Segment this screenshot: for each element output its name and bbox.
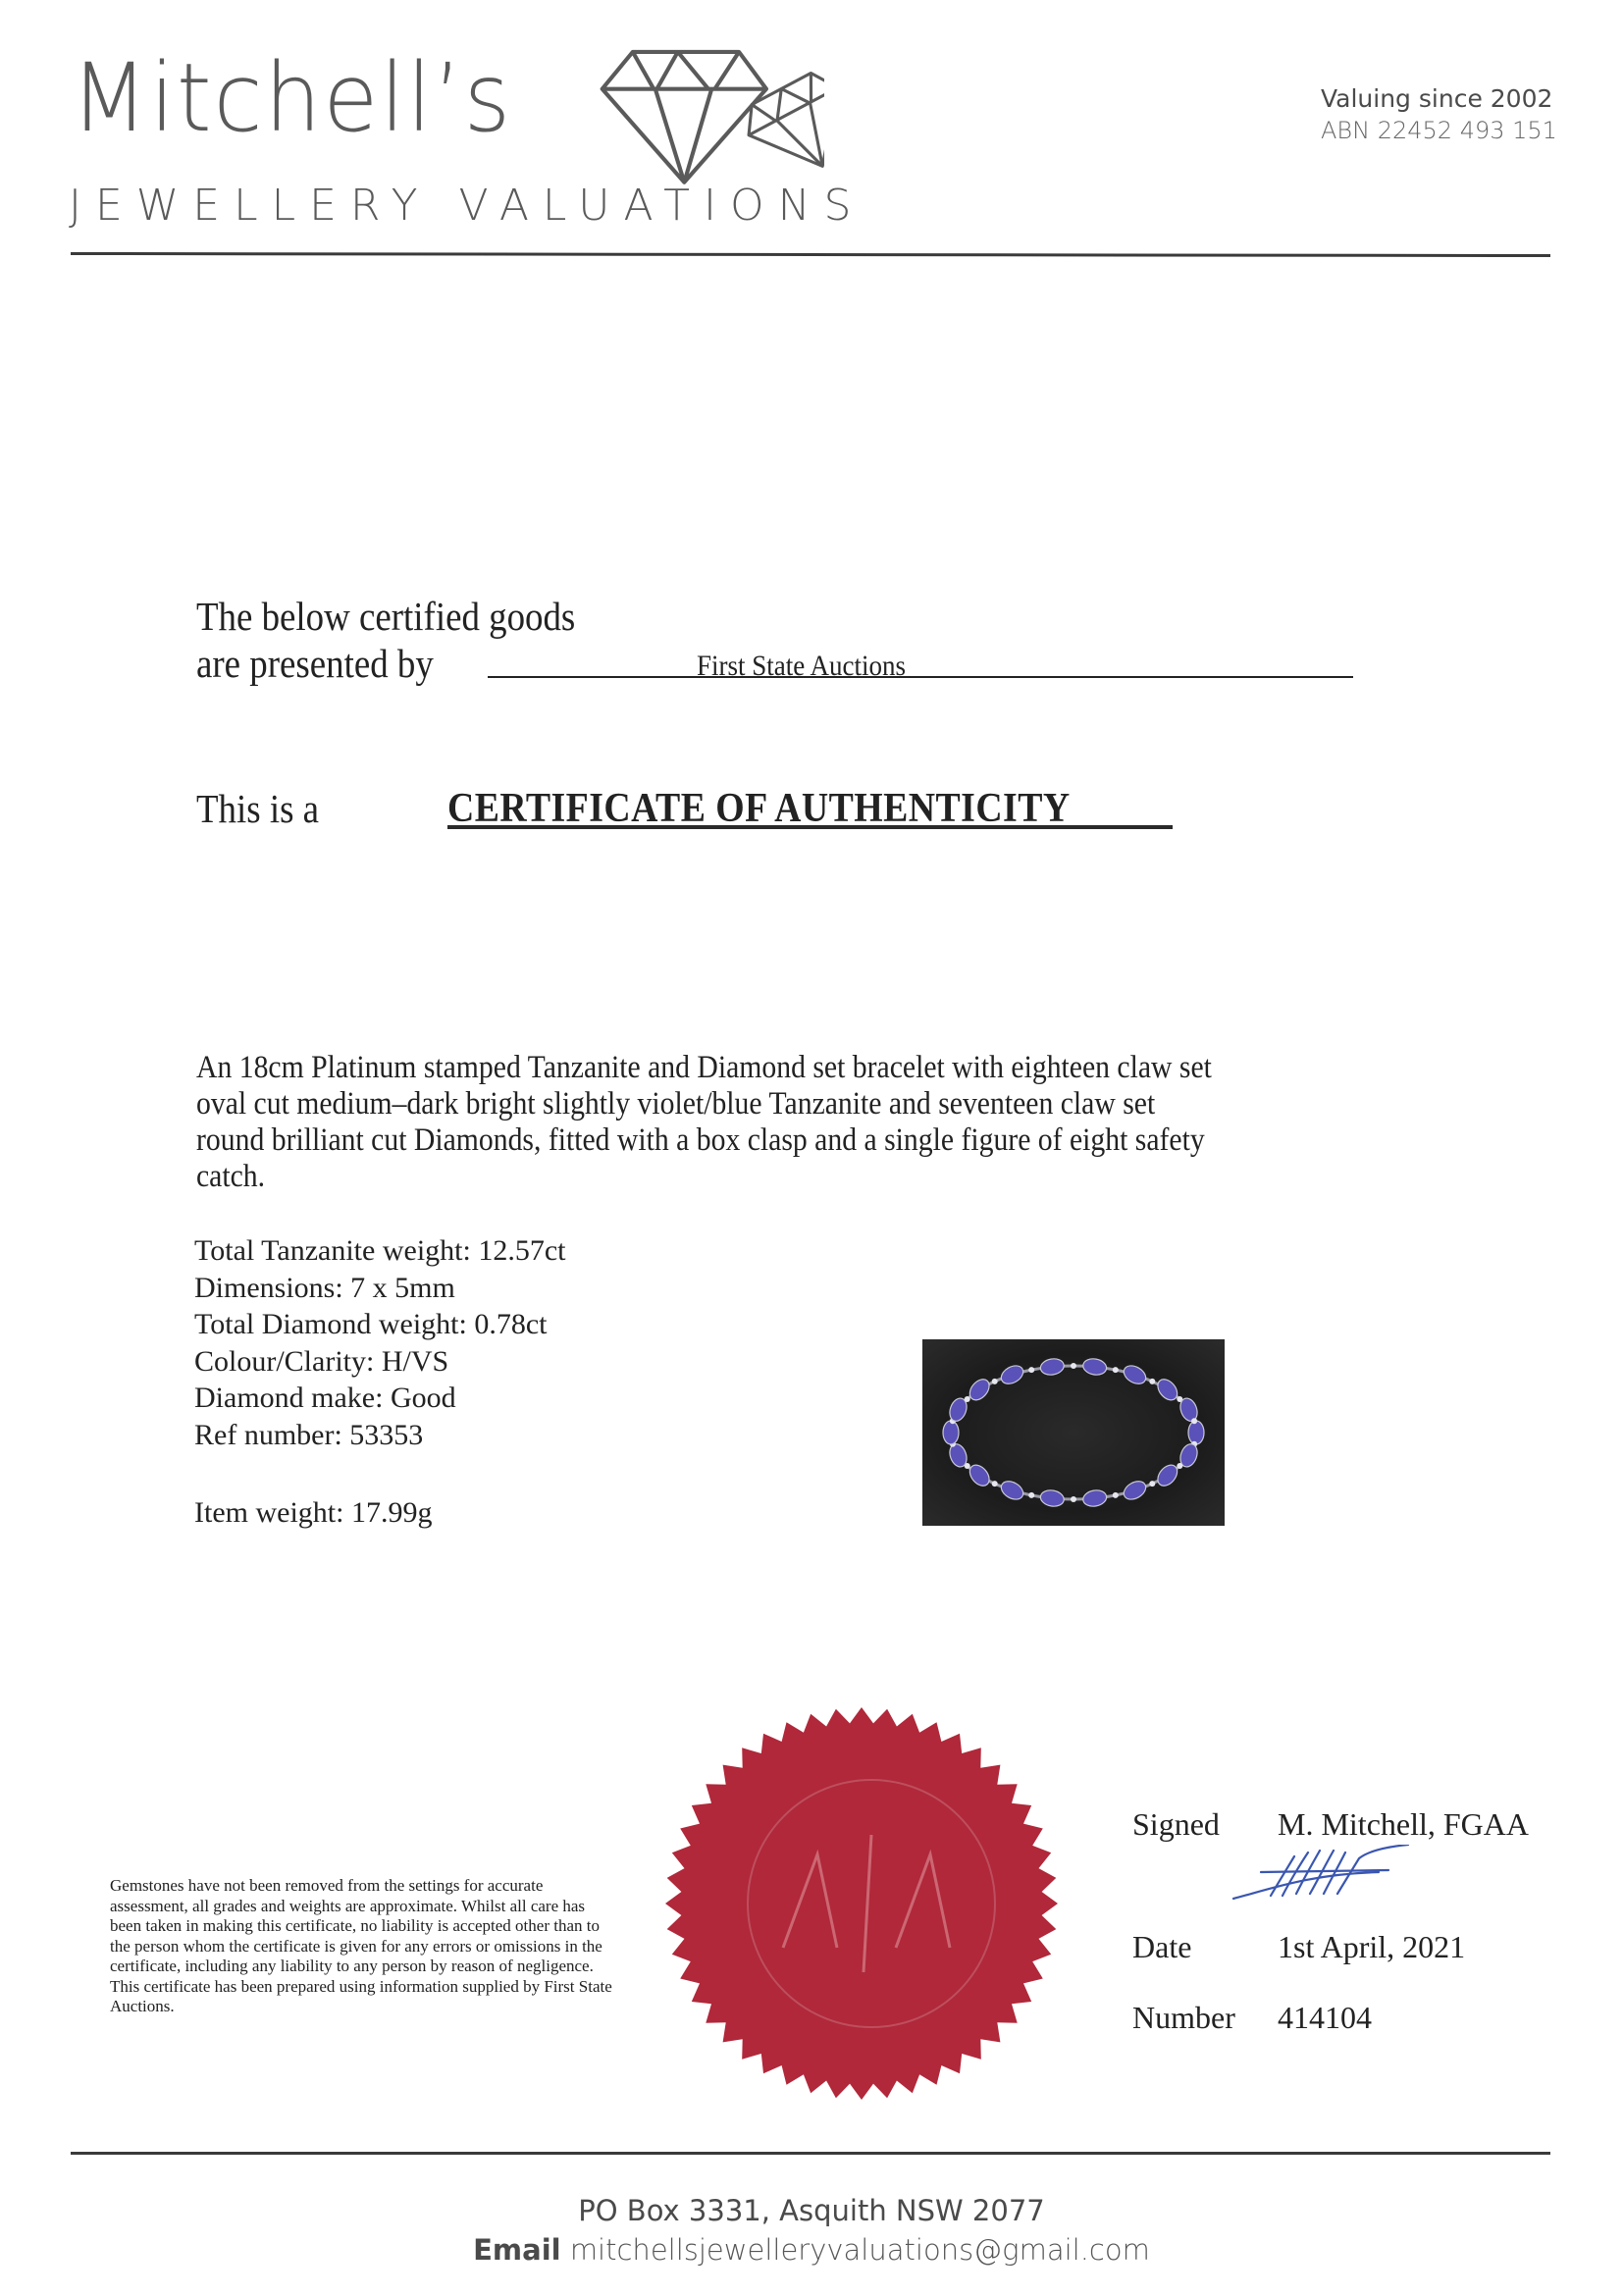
presented-intro-line2: are presented by	[196, 640, 434, 687]
item-description: An 18cm Platinum stamped Tanzanite and D…	[196, 1050, 1212, 1195]
handwritten-signature-icon	[1231, 1845, 1467, 1904]
signed-label: Signed	[1132, 1806, 1220, 1843]
footer-address: PO Box 3331, Asquith NSW 2077	[0, 2194, 1623, 2227]
brand-subtitle: JEWELLERY VALUATIONS	[69, 184, 864, 228]
bracelet-image	[922, 1339, 1225, 1526]
item-weight: Item weight: 17.99g	[194, 1496, 432, 1530]
red-seal-icon	[655, 1707, 1068, 2119]
tagline: Valuing since 2002	[1321, 84, 1552, 113]
email-link[interactable]: mitchellsjewelleryvaluations@gmail.com	[570, 2233, 1150, 2267]
item-specs: Total Tanzanite weight: 12.57ct Dimensio…	[194, 1232, 565, 1453]
spec-ref-number: Ref number: 53353	[194, 1417, 565, 1454]
bracelet-photo	[922, 1339, 1225, 1526]
presented-intro-line1: The below certified goods	[196, 593, 575, 640]
certificate-title-underline	[447, 825, 1173, 829]
certificate-number: 414104	[1278, 2000, 1372, 2036]
spec-tanzanite-weight: Total Tanzanite weight: 12.57ct	[194, 1232, 565, 1270]
number-label: Number	[1132, 2000, 1235, 2036]
footer-divider	[71, 2152, 1550, 2155]
diamond-outline-icon	[422, 47, 824, 184]
header-divider	[71, 252, 1550, 257]
disclaimer-text: Gemstones have not been removed from the…	[110, 1876, 620, 2017]
abn-number: ABN 22452 493 151	[1321, 117, 1557, 144]
certificate-intro: This is a	[196, 785, 319, 832]
signer-name: M. Mitchell, FGAA	[1278, 1806, 1529, 1843]
date-label: Date	[1132, 1929, 1191, 1965]
date-value: 1st April, 2021	[1278, 1929, 1465, 1965]
spec-dimensions: Dimensions: 7 x 5mm	[194, 1270, 565, 1307]
presenter-underline	[488, 676, 1353, 678]
email-label: Email	[473, 2233, 560, 2267]
spec-diamond-make: Diamond make: Good	[194, 1380, 565, 1417]
spec-diamond-weight: Total Diamond weight: 0.78ct	[194, 1306, 565, 1343]
presenter-name: First State Auctions	[697, 650, 906, 683]
footer-email: Email mitchellsjewelleryvaluations@gmail…	[0, 2233, 1623, 2267]
spec-colour-clarity: Colour/Clarity: H/VS	[194, 1343, 565, 1381]
